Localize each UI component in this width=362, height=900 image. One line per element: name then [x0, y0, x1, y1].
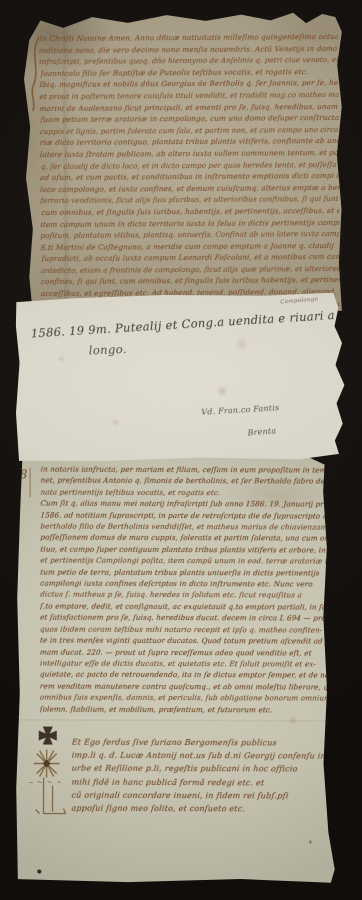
ink-speck [309, 840, 311, 843]
manuscript-line: net, preſentibus Antonio q. ſimonis de b… [40, 475, 333, 487]
notary-sign-icon [25, 725, 71, 821]
archival-date-line: 1586. 19 9m. Putealij et Cong.a uendita … [30, 305, 362, 340]
manuscript-line: Et Ego ferdus ſive ſuriano Bergomenſis p… [71, 736, 325, 750]
pencil-annotation: Campolongo [280, 296, 318, 305]
manuscript-line: poſſeſſionem domus de muro cuppis, ſoler… [40, 532, 333, 544]
notary-subscription-block: Et Ego ferdus ſive ſuriano Bergomenſis p… [71, 736, 325, 821]
manuscript-line: mam ducat. 220. — prout ut ſupra receſſe… [40, 646, 333, 658]
deed-continuation-block: in notariis ianfructa, per mariam et fil… [40, 464, 333, 721]
archival-note-slip: Campolongo 1586. 19 9m. Putealij et Cong… [14, 293, 349, 464]
manuscript-line: quietate, ac pacto de retrouendendo, ita… [40, 669, 333, 681]
manuscript-line: omnibus ſuis expenſis, damnis, et pericu… [40, 692, 333, 704]
manuscript-line: dictus ſ. matheus p ſe, ſuisq. heredes i… [40, 589, 333, 601]
fold-crease [16, 717, 338, 721]
parchment-sheet-bottom: 8 in notariis ianfructa, per mariam et f… [15, 451, 339, 884]
manuscript-photo: Jn Chriſti Nomine Amen. Anno dñicæ natiu… [0, 0, 362, 900]
manuscript-line: cũ originali concordare inueni, in fidem… [71, 788, 325, 802]
deed-text-block: Jn Chriſti Nomine Amen. Anno dñicæ natiu… [39, 31, 340, 313]
archivist-signature: Vd. Fran.co Fantis [201, 403, 279, 417]
manuscript-line: et ſatisfactionem pro ſe, ſuisq. heredib… [40, 612, 333, 624]
parchment-sheet-top: Jn Chriſti Nomine Amen. Anno dñicæ natiu… [21, 11, 347, 313]
margin-mark: 8 [20, 467, 31, 497]
ink-dot [37, 870, 41, 874]
manuscript-line: ſolemn. ſtabilium, et mobilium, præſenti… [40, 703, 333, 715]
manuscript-line: appoſui ſigno meo ſolito, et conſueto et… [71, 802, 325, 816]
manuscript-line: et pertinentijs Campilongi poſita, item … [40, 555, 333, 567]
manuscript-line: Cum ſit q. alias manu mei notarij infraſ… [40, 498, 333, 510]
archival-date-line-continuation: longo. [88, 342, 127, 358]
archivist-signature-place: Brenta [247, 426, 276, 437]
manuscript-line: mihi fidẽ in hanc publicã formã redegi e… [71, 775, 325, 789]
manuscript-line: te in tres menſes viginti quattuor ducat… [40, 635, 333, 647]
manuscript-line: urbe et Reſilione p.li, regeſtis publica… [71, 762, 325, 776]
cross-pattee-icon [39, 727, 57, 745]
